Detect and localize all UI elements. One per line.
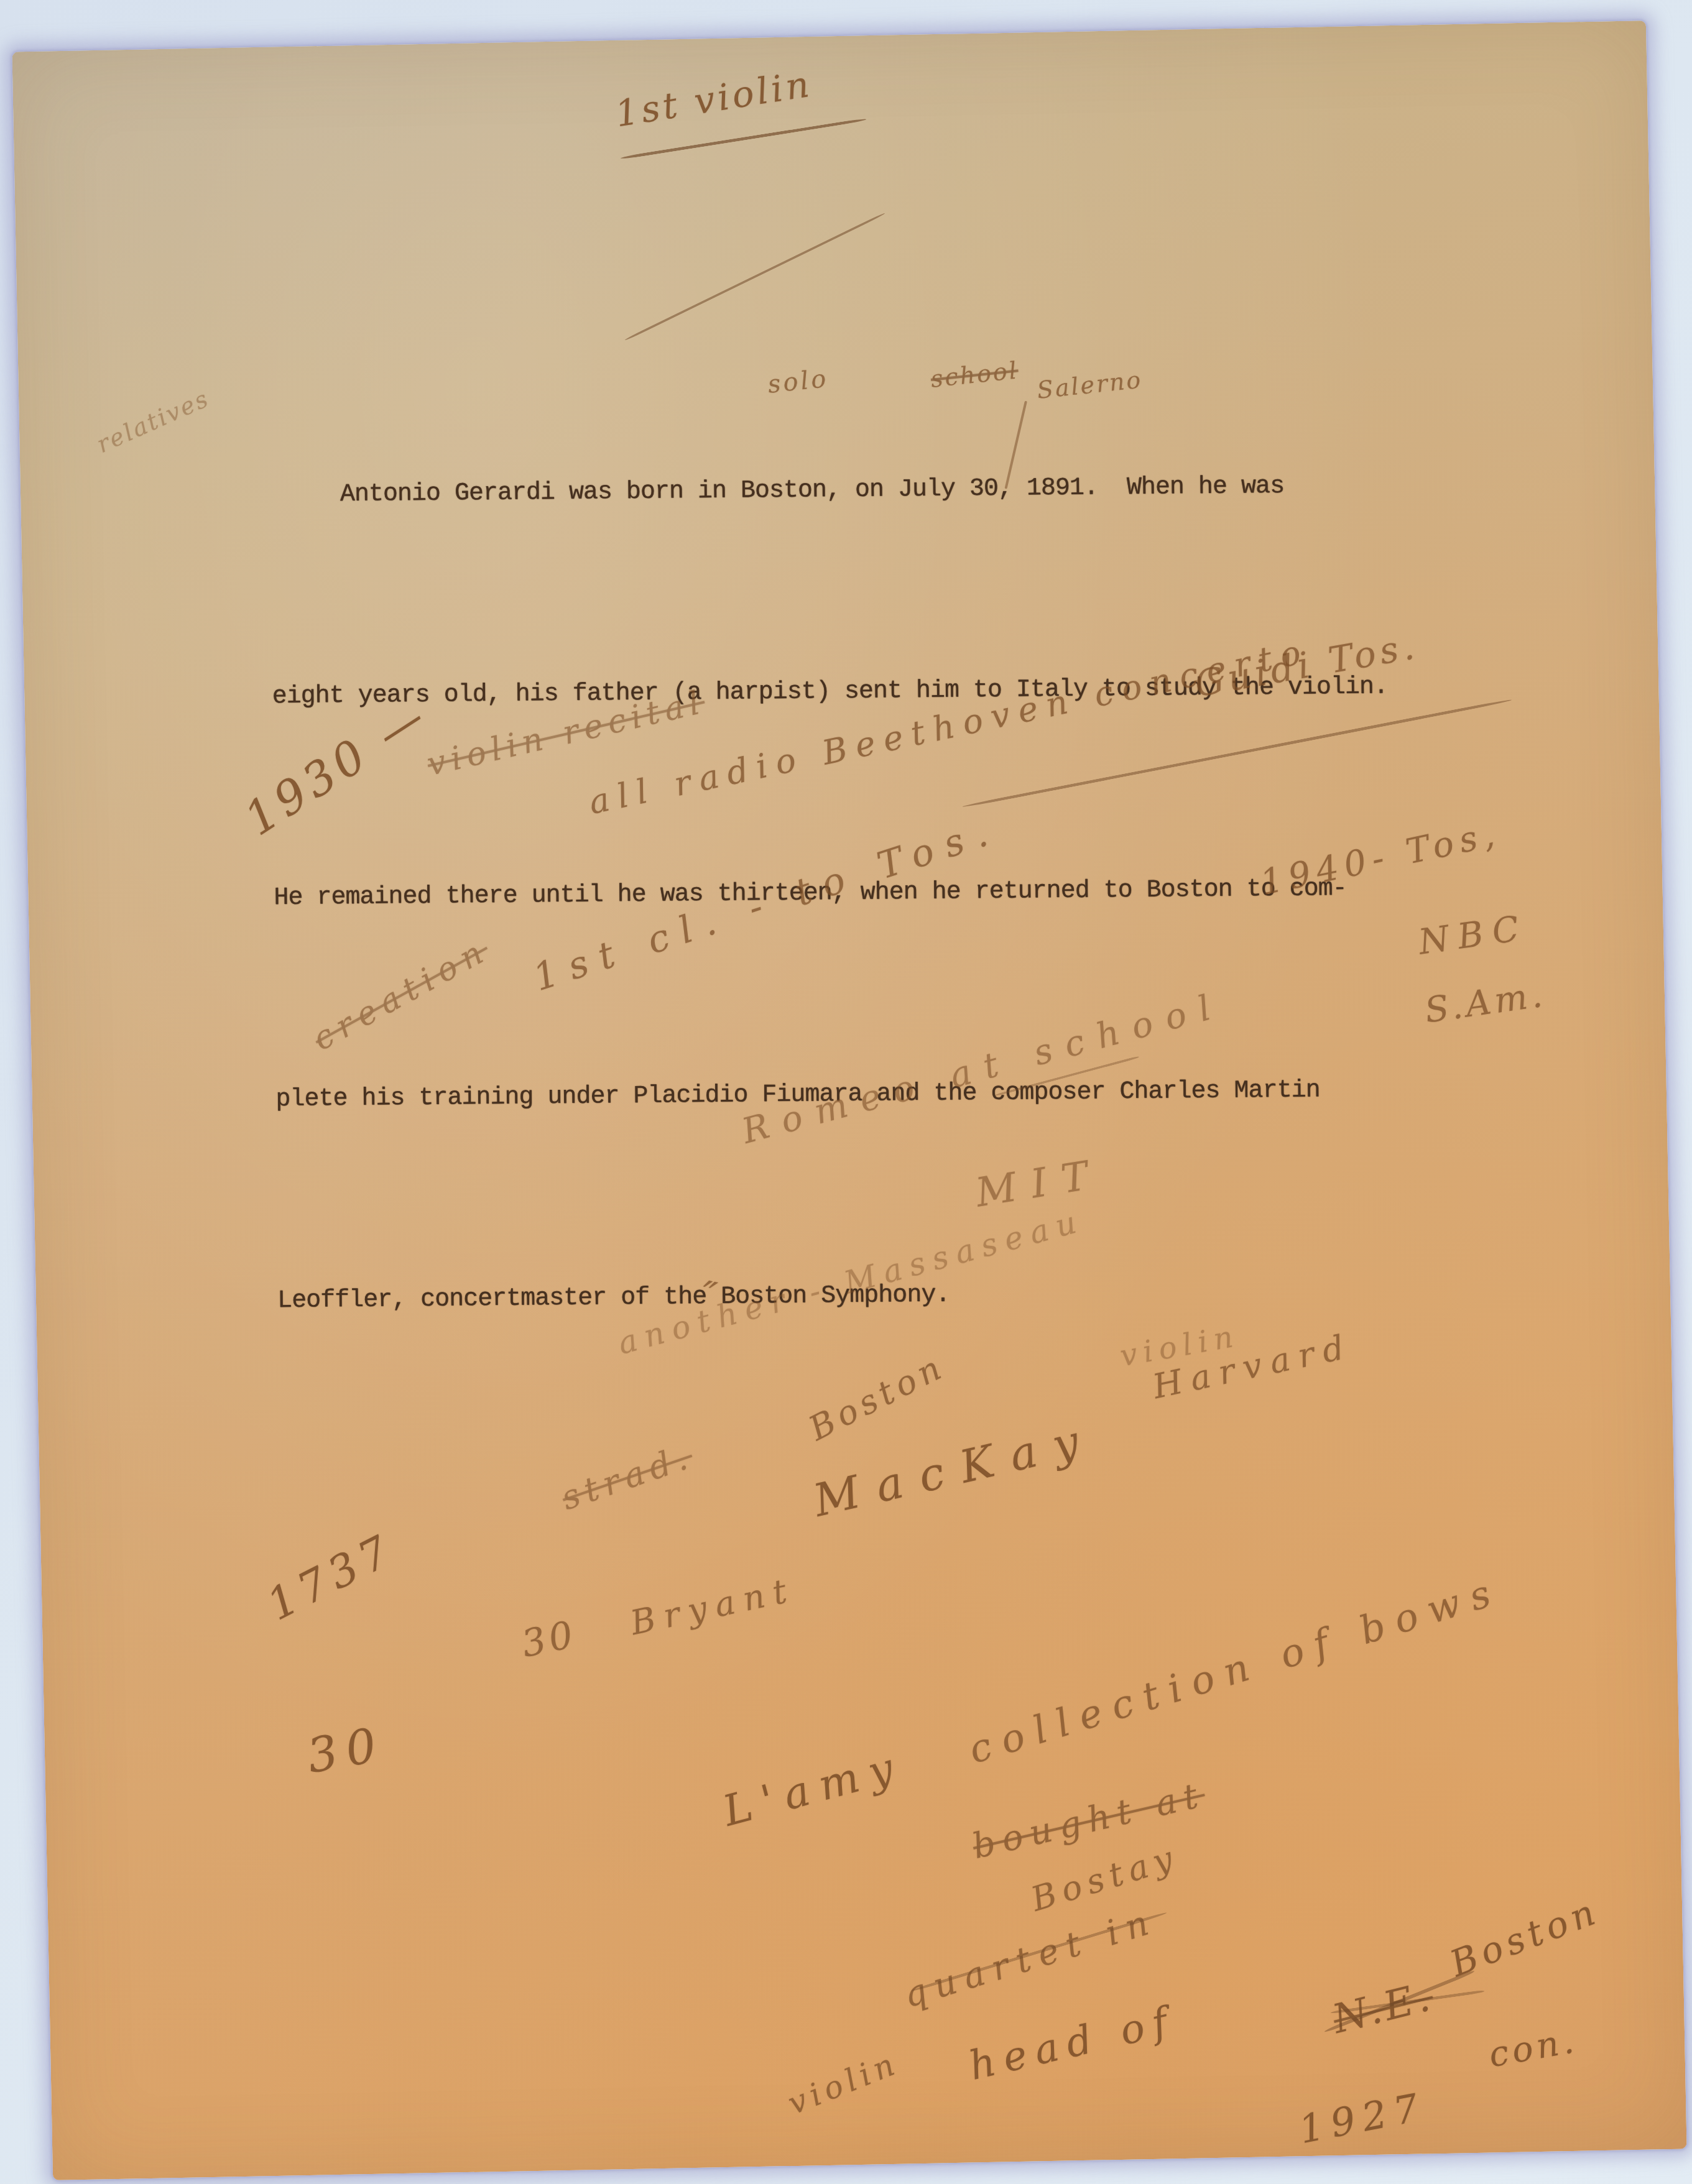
typed-line-1: Antonio Gerardi was born in Boston, on J… xyxy=(270,451,1576,529)
photo-background: { "colors": { "background": "#dbe5ef", "… xyxy=(0,0,1692,2184)
